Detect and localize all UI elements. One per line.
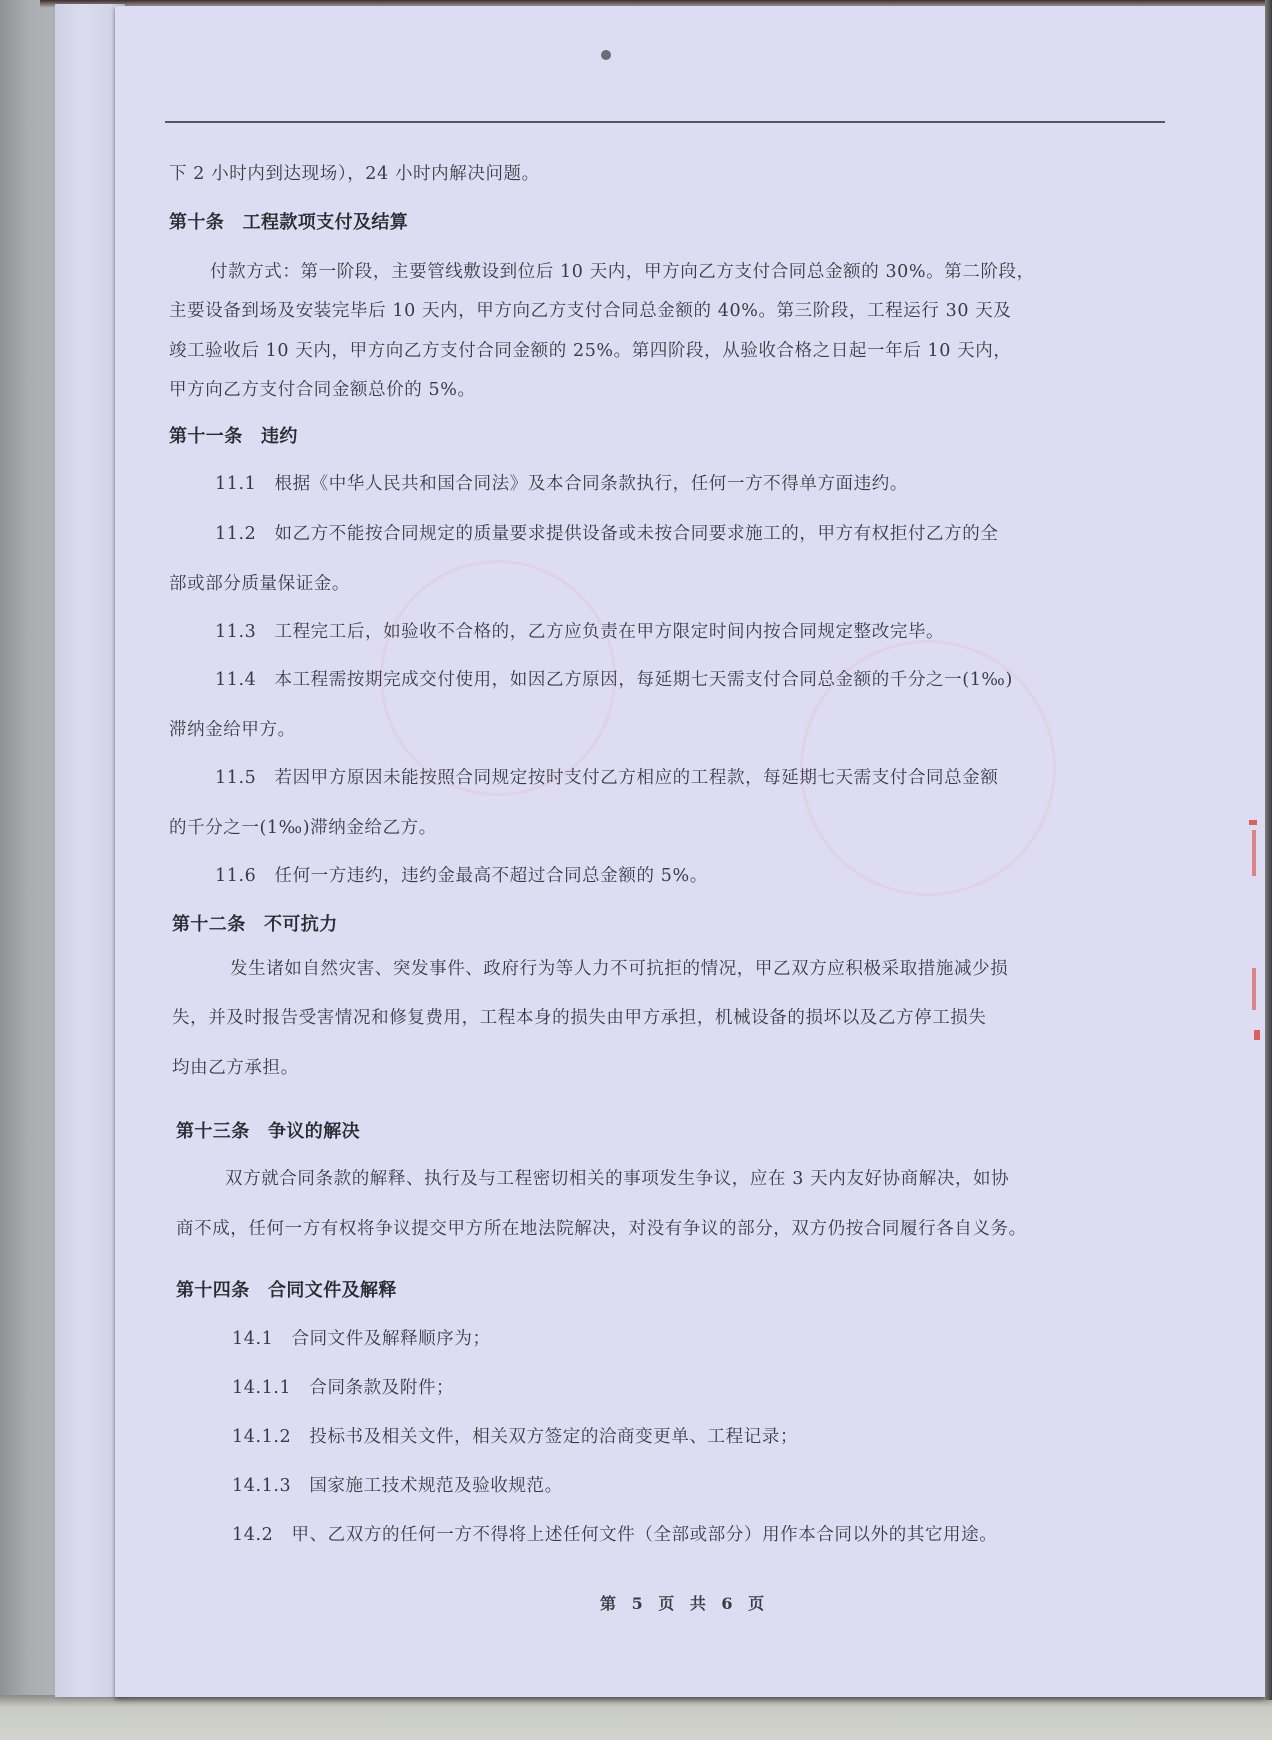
clause-14-1: 14.1 合同文件及解释顺序为； xyxy=(232,1325,491,1350)
section-heading: 第十四条 合同文件及解释 xyxy=(176,1276,397,1302)
paragraph-line: 均由乙方承担。 xyxy=(172,1054,299,1079)
paragraph-line: 付款方式：第一阶段，主要管线敷设到位后 10 天内，甲方向乙方支付合同总金额的 … xyxy=(210,258,1035,283)
scanner-background-bottom xyxy=(0,1695,1272,1740)
continued-line: 下 2 小时内到达现场），24 小时内解决问题。 xyxy=(169,160,540,185)
clause-14-2: 14.2 甲、乙双方的任何一方不得将上述任何文件（全部或部分）用作本合同以外的其… xyxy=(232,1521,997,1546)
paragraph-line: 主要设备到场及安装完毕后 10 天内，甲方向乙方支付合同总金额的 40%。第三阶… xyxy=(169,297,1011,322)
paragraph-line: 甲方向乙方支付合同金额总价的 5%。 xyxy=(169,376,476,401)
clause-11-6: 11.6 任何一方违约，违约金最高不超过合同总金额的 5%。 xyxy=(215,862,708,887)
clause-11-4-cont: 滞纳金给甲方。 xyxy=(169,716,296,741)
clause-11-4: 11.4 本工程需按期完成交付使用，如因乙方原因，每延期七天需支付合同总金额的千… xyxy=(215,666,1013,691)
clause-11-5-cont: 的千分之一(1‰)滞纳金给乙方。 xyxy=(169,814,437,839)
section-heading: 第十三条 争议的解决 xyxy=(176,1117,360,1143)
clause-11-2-cont: 部或部分质量保证金。 xyxy=(169,570,350,595)
clause-11-3: 11.3 工程完工后，如验收不合格的，乙方应负责在甲方限定时间内按合同规定整改完… xyxy=(215,618,944,643)
section-heading: 第十条 工程款项支付及结算 xyxy=(169,208,408,234)
page-right-edge-shadow xyxy=(1265,0,1272,1700)
clause-14-1-1: 14.1.1 合同条款及附件； xyxy=(232,1374,454,1399)
scanner-background-left xyxy=(0,0,56,1740)
paragraph-line: 竣工验收后 10 天内，甲方向乙方支付合同金额的 25%。第四阶段，从验收合格之… xyxy=(169,337,1011,362)
clause-11-2: 11.2 如乙方不能按合同规定的质量要求提供设备或未按合同要求施工的，甲方有权拒… xyxy=(215,520,998,545)
paragraph-line: 商不成，任何一方有权将争议提交甲方所在地法院解决，对没有争议的部分，双方仍按合同… xyxy=(176,1215,1027,1240)
paragraph-line: 双方就合同条款的解释、执行及与工程密切相关的事项发生争议，应在 3 天内友好协商… xyxy=(225,1165,1009,1190)
clause-11-5: 11.5 若因甲方原因未能按照合同规定按时支付乙方相应的工程款，每延期七天需支付… xyxy=(215,764,998,789)
punch-dot xyxy=(601,50,611,60)
clause-14-1-2: 14.1.2 投标书及相关文件，相关双方签定的洽商变更单、工程记录； xyxy=(232,1423,798,1448)
seal-edge-mark xyxy=(1254,1030,1260,1040)
paragraph-line: 失，并及时报告受害情况和修复费用，工程本身的损失由甲方承担，机械设备的损坏以及乙… xyxy=(172,1004,987,1029)
clause-11-1: 11.1 根据《中华人民共和国合同法》及本合同条款执行，任何一方不得单方面违约。 xyxy=(215,470,908,495)
clause-14-1-3: 14.1.3 国家施工技术规范及验收规范。 xyxy=(232,1472,563,1497)
section-heading: 第十一条 违约 xyxy=(169,422,298,448)
header-rule xyxy=(165,121,1165,123)
seal-edge-mark xyxy=(1249,820,1257,825)
paragraph-line: 发生诸如自然灾害、突发事件、政府行为等人力不可抗拒的情况，甲乙双方应积极采取措施… xyxy=(230,955,1008,980)
page-number-footer: 第 5 页 共 6 页 xyxy=(600,1591,769,1614)
seal-edge-mark xyxy=(1252,968,1256,1010)
section-heading: 第十二条 不可抗力 xyxy=(172,910,338,936)
seal-edge-mark xyxy=(1252,830,1256,876)
